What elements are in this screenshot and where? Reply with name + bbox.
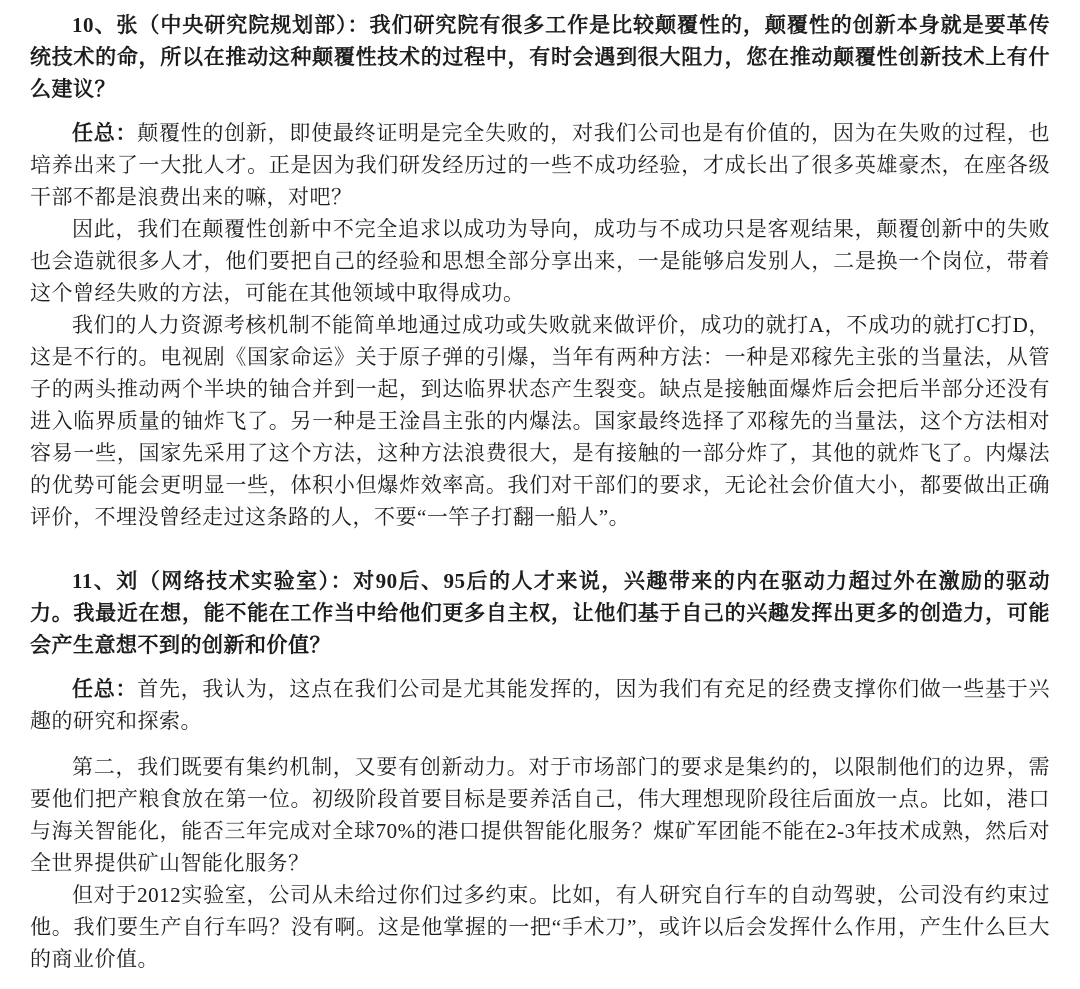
answer-10-paragraph-1: 任总：颠覆性的创新，即使最终证明是完全失败的，对我们公司也是有价值的，因为在失败…	[30, 117, 1050, 213]
question-11-text: 11、刘（网络技术实验室）：对90后、95后的人才来说，兴趣带来的内在驱动力超过…	[30, 569, 1050, 657]
question-10-text: 10、张（中央研究院规划部）：我们研究院有很多工作是比较颠覆性的，颠覆性的创新本…	[30, 13, 1050, 101]
document-page: 10、张（中央研究院规划部）：我们研究院有很多工作是比较颠覆性的，颠覆性的创新本…	[0, 0, 1080, 989]
question-10-paragraph: 10、张（中央研究院规划部）：我们研究院有很多工作是比较颠覆性的，颠覆性的创新本…	[30, 9, 1050, 105]
answer-11-paragraph-3: 但对于2012实验室，公司从未给过你们过多约束。比如，有人研究自行车的自动驾驶，…	[30, 879, 1050, 975]
answer-10-text-3: 我们的人力资源考核机制不能简单地通过成功或失败就来做评价，成功的就打A，不成功的…	[30, 313, 1050, 529]
speaker-label: 任总：	[72, 677, 137, 701]
answer-11-paragraph-2: 第二，我们既要有集约机制，又要有创新动力。对于市场部门的要求是集约的，以限制他们…	[30, 751, 1050, 879]
answer-10-text-1: 颠覆性的创新，即使最终证明是完全失败的，对我们公司也是有价值的，因为在失败的过程…	[30, 121, 1050, 209]
question-11-paragraph: 11、刘（网络技术实验室）：对90后、95后的人才来说，兴趣带来的内在驱动力超过…	[30, 565, 1050, 661]
answer-10-paragraph-2: 因此，我们在颠覆性创新中不完全追求以成功为导向，成功与不成功只是客观结果，颠覆创…	[30, 213, 1050, 309]
answer-10-paragraph-3: 我们的人力资源考核机制不能简单地通过成功或失败就来做评价，成功的就打A，不成功的…	[30, 309, 1050, 533]
answer-11-text-1: 首先，我认为，这点在我们公司是尤其能发挥的，因为我们有充足的经费支撑你们做一些基…	[30, 677, 1050, 733]
answer-11-paragraph-1: 任总：首先，我认为，这点在我们公司是尤其能发挥的，因为我们有充足的经费支撑你们做…	[30, 673, 1050, 737]
answer-11-text-2: 第二，我们既要有集约机制，又要有创新动力。对于市场部门的要求是集约的，以限制他们…	[30, 755, 1050, 875]
speaker-label: 任总：	[72, 121, 137, 145]
answer-11-text-3: 但对于2012实验室，公司从未给过你们过多约束。比如，有人研究自行车的自动驾驶，…	[30, 883, 1050, 971]
answer-10-text-2: 因此，我们在颠覆性创新中不完全追求以成功为导向，成功与不成功只是客观结果，颠覆创…	[30, 217, 1050, 305]
